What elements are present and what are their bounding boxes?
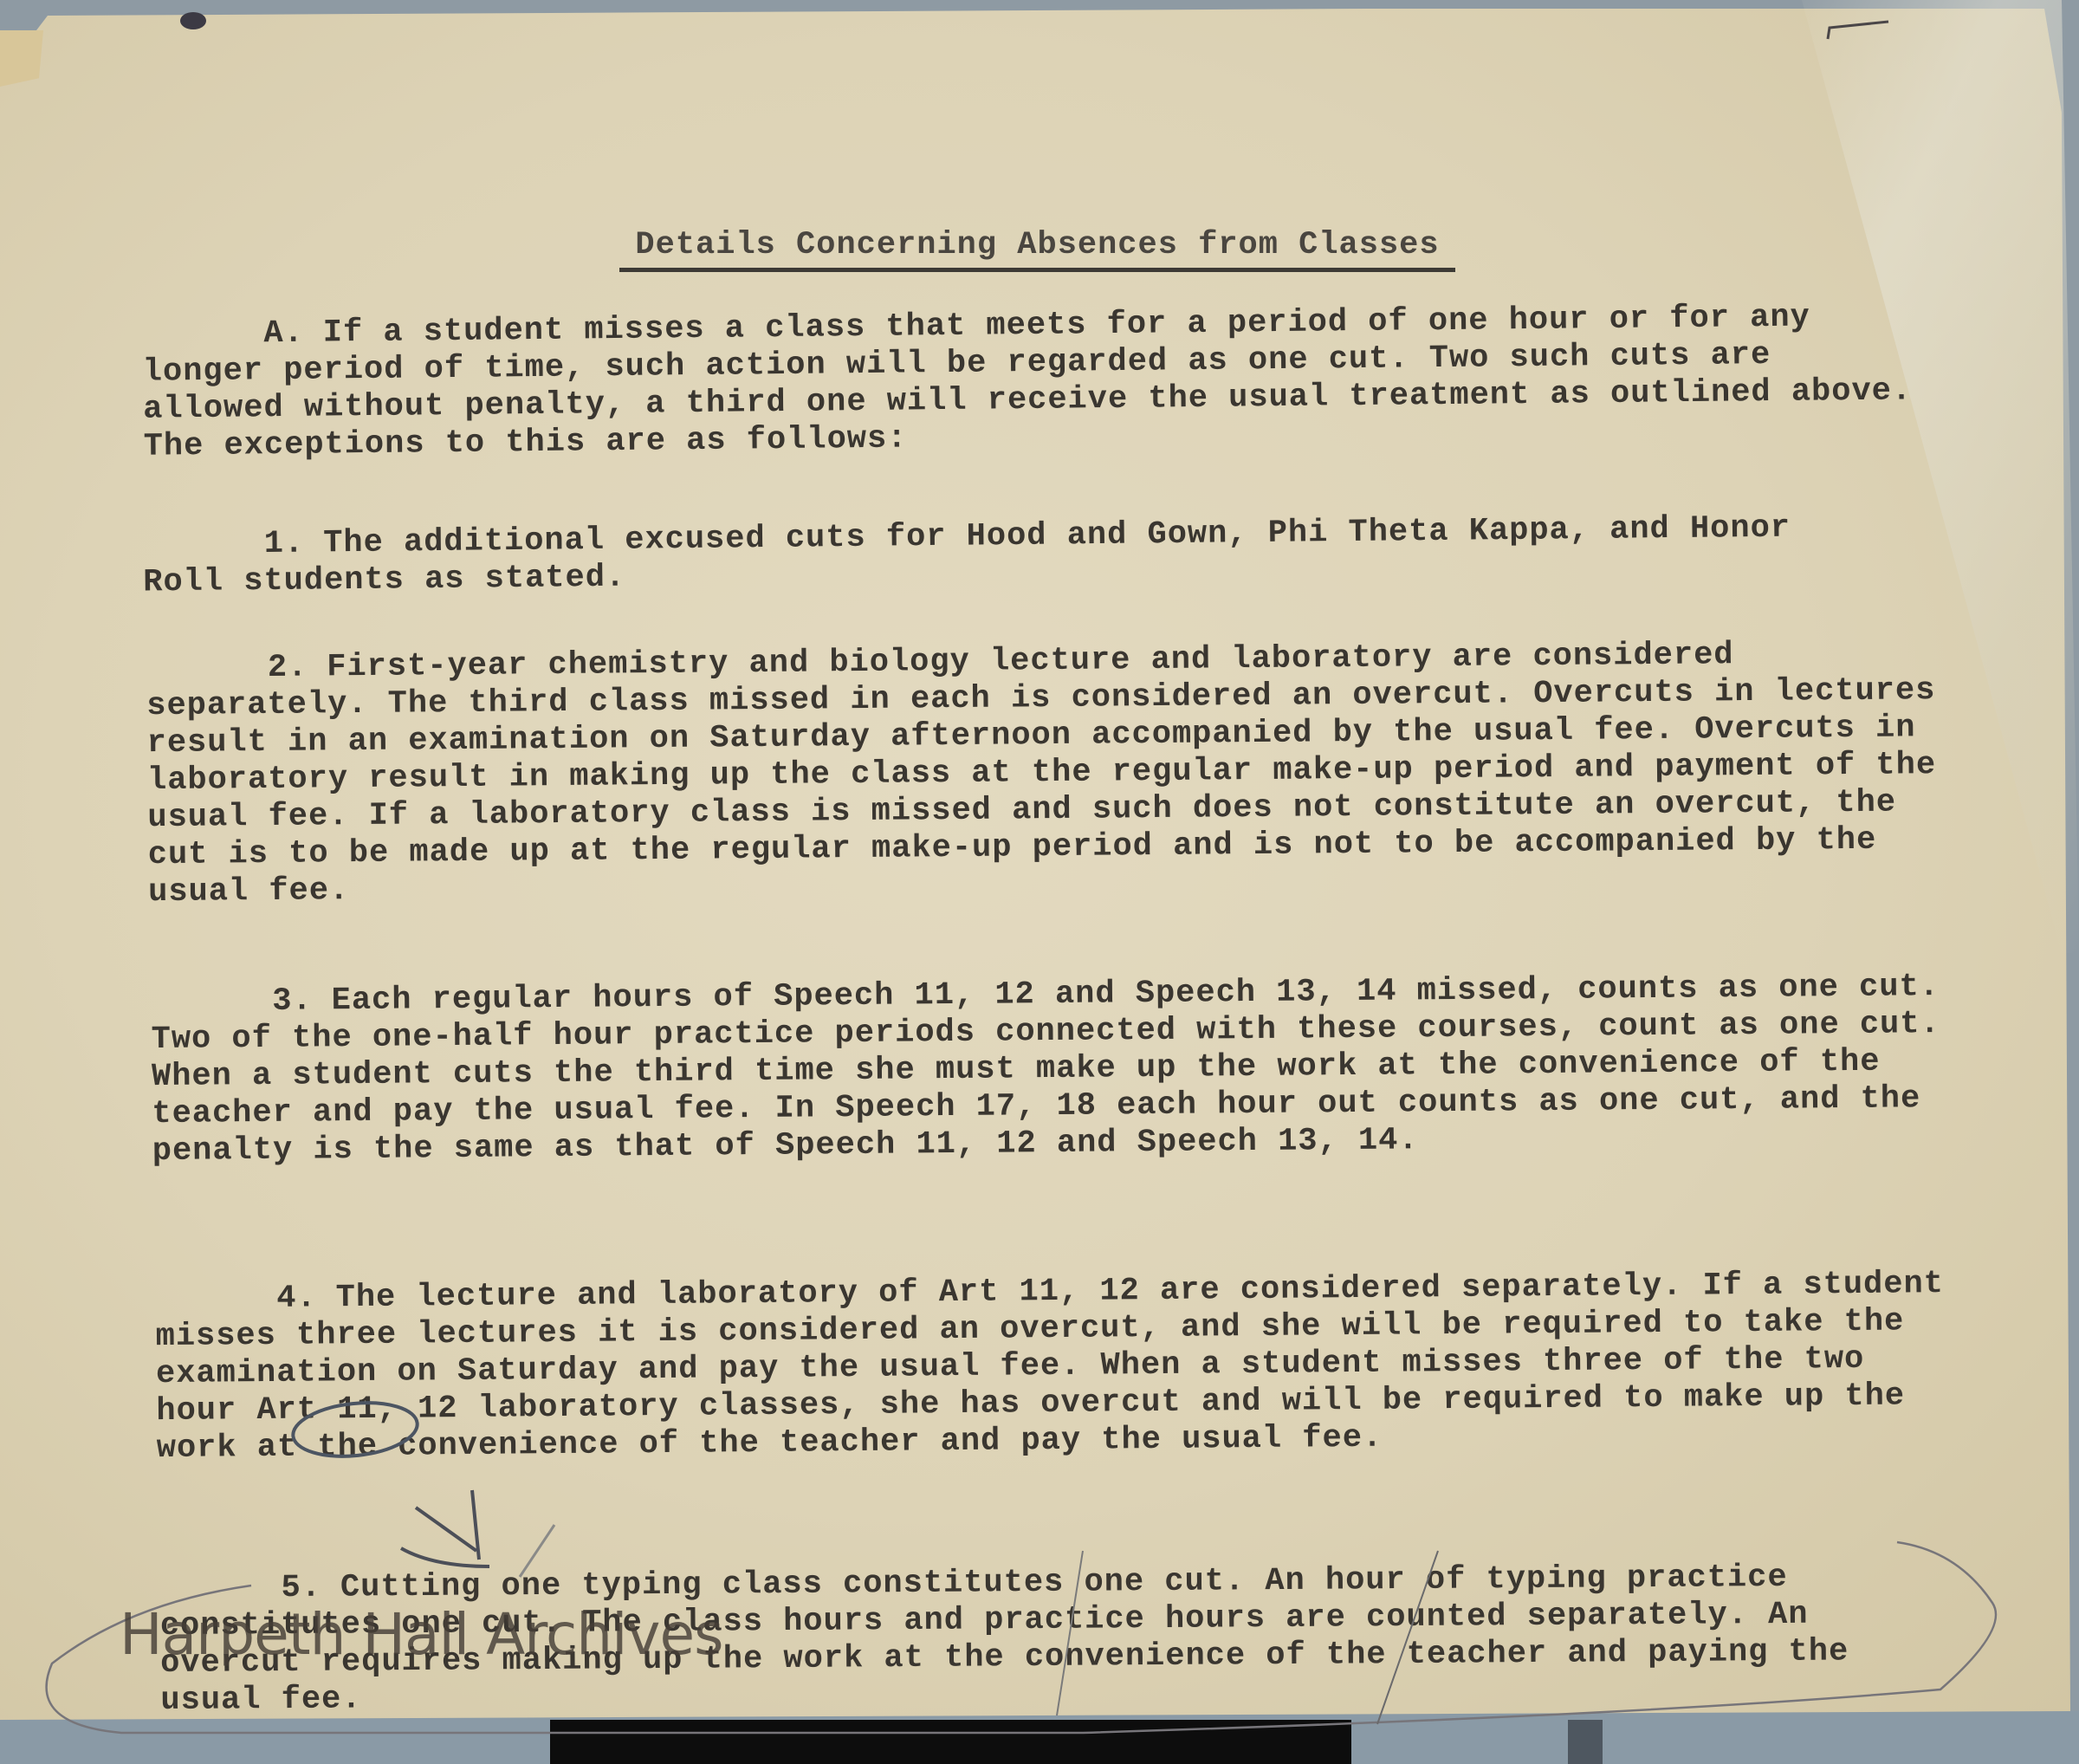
- archive-watermark: Harpeth Hall Archives: [120, 1601, 722, 1668]
- pencil-tick-icon: [1828, 22, 1888, 39]
- pencil-line-icon: [1377, 1551, 1438, 1724]
- pencil-scribble-icon: [520, 1525, 554, 1577]
- pencil-line-icon: [1057, 1551, 1083, 1715]
- arrow-mark-icon: [401, 1490, 489, 1566]
- circle-mark-icon: [290, 1398, 419, 1462]
- pencil-annotations: [0, 0, 2079, 1764]
